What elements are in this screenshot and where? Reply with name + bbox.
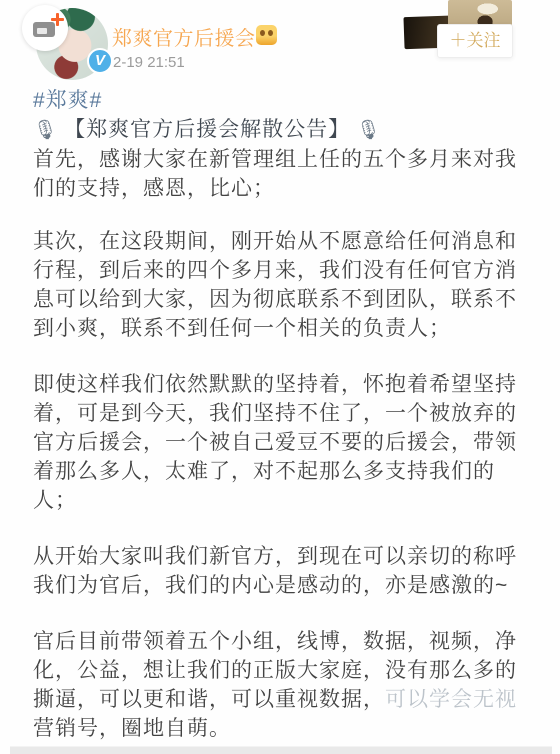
- paragraph-5-text: 营销号，圈地自萌。: [33, 717, 231, 740]
- faded-watermark-text: 可以学会无视: [385, 688, 517, 711]
- post-title: 🎙【郑爽官方后援会解散公告】🎙: [33, 115, 532, 145]
- microphone-icon: 🎙: [33, 120, 58, 141]
- hashtag-link[interactable]: #郑爽#: [33, 86, 532, 115]
- plus-icon: [51, 13, 64, 26]
- member-badge-icon: [256, 25, 277, 45]
- paragraph-3: 即使这样我们依然默默的坚持着，怀抱着希望坚持着，可是到今天，我们坚持不住了，一个…: [33, 370, 532, 515]
- microphone-icon: 🎙: [356, 120, 381, 141]
- post-content: #郑爽# 🎙【郑爽官方后援会解散公告】🎙 首先，感谢大家在新管理组上任的五个多月…: [33, 86, 532, 743]
- timestamp: 2-19 21:51: [113, 54, 185, 71]
- screenshot-plus-icon[interactable]: [22, 5, 68, 51]
- paragraph-1: 首先，感谢大家在新管理组上任的五个多月来对我们的支持，感恩，比心；: [33, 145, 532, 203]
- verified-badge-icon: V: [87, 48, 113, 74]
- username[interactable]: 郑爽官方后援会: [112, 22, 256, 51]
- weibo-post-card: V 郑爽官方后援会 2-19 21:51 ＋关注 #郑爽# 🎙【郑爽官方后援会解…: [0, 0, 560, 754]
- paragraph-2: 其次，在这段期间，刚开始从不愿意给任何消息和行程，到后来的四个多月来，我们没有任…: [33, 227, 532, 343]
- paragraph-4: 从开始大家叫我们新官方，到现在可以亲切的称呼我们为官后，我们的内心是感动的，亦是…: [33, 542, 532, 600]
- follow-button[interactable]: ＋关注: [437, 24, 513, 58]
- paragraph-5: 官后目前带领着五个小组，线博，数据，视频，净化，公益，想让我们的正版大家庭，没有…: [33, 627, 532, 743]
- bottom-divider: [10, 746, 552, 754]
- post-title-text: 【郑爽官方后援会解散公告】: [64, 118, 350, 141]
